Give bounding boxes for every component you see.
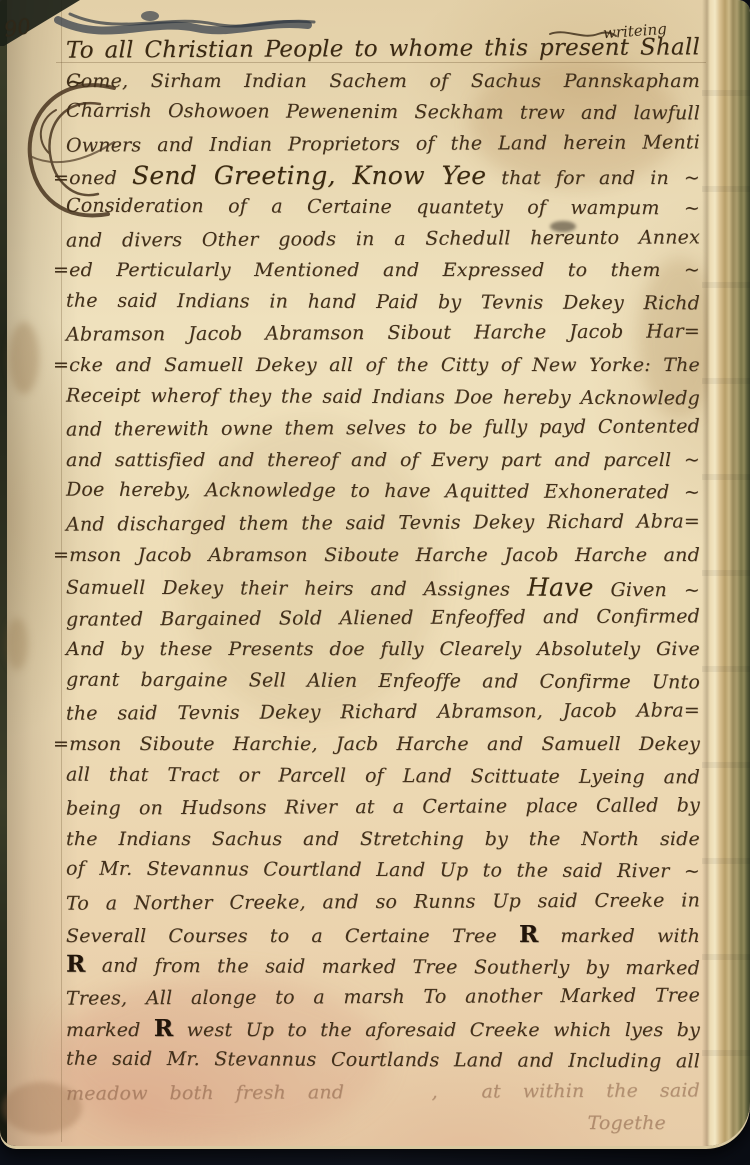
manuscript-line: the Indians Sachus and Stretching by the… [66, 824, 700, 856]
manuscript-line: Come, Sirham Indian Sachem of Sachus Pan… [66, 66, 700, 98]
manuscript-line: To a Norther Creeke, and so Runns Up sai… [66, 885, 700, 920]
ink-smudge [6, 618, 28, 670]
manuscript-line: and sattisfied and thereof and of Every … [66, 445, 700, 477]
manuscript-line: Togethe [66, 1108, 700, 1140]
manuscript-line: Owners and Indian Proprietors of the Lan… [66, 127, 700, 162]
manuscript-line: =mson Jacob Abramson Siboute Harche Jaco… [53, 540, 700, 572]
manuscript-line: =oned Send Greeting, Know Yee that for a… [53, 160, 700, 192]
manuscript-line: Samuell Dekey their heirs and Assignes H… [66, 570, 700, 604]
manuscript-line: the said Tevnis Dekey Richard Abramson, … [66, 696, 700, 731]
ink-smudge [9, 322, 39, 394]
manuscript-line: the said Mr. Stevannus Courtlands Land a… [66, 1044, 700, 1078]
manuscript-line: the said Indians in hand Paid by Tevnis … [66, 285, 700, 319]
manuscript-page: 90 writeing To all Christian People to w… [0, 0, 750, 1146]
manuscript-text: To all Christian People to whome this pr… [66, 34, 700, 1140]
manuscript-line: Consideration of a Certaine quantety of … [66, 191, 700, 225]
manuscript-line: And by these Presents doe fully Clearely… [66, 634, 700, 666]
page-number: 90 [2, 14, 32, 41]
manuscript-line: granted Bargained Sold Aliened Enfeoffed… [66, 601, 700, 636]
manuscript-line: meadow both fresh and , at within the sa… [66, 1075, 700, 1110]
photo-background: 90 writeing To all Christian People to w… [0, 0, 750, 1165]
manuscript-line: being on Hudsons River at a Certaine pla… [66, 791, 700, 826]
manuscript-line: =ed Perticularly Mentioned and Expressed… [53, 255, 700, 287]
manuscript-line: of Mr. Stevannus Courtland Land Up to th… [66, 854, 700, 888]
manuscript-line: Severall Courses to a Certaine Tree R ma… [66, 919, 700, 951]
manuscript-line: Charrish Oshowoen Pewenenim Seckham trew… [66, 96, 700, 130]
page-edges [702, 0, 750, 1146]
manuscript-line: =cke and Samuell Dekey all of the Citty … [53, 350, 700, 382]
manuscript-line: =mson Siboute Harchie, Jacb Harche and S… [53, 729, 700, 761]
manuscript-line: To all Christian People to whome this pr… [66, 32, 700, 67]
manuscript-line: R and from the said marked Tree Southerl… [66, 949, 700, 983]
manuscript-line: marked R west Up to the aforesaid Creeke… [66, 1013, 700, 1045]
manuscript-line: and divers Other goods in a Schedull her… [66, 222, 700, 257]
manuscript-line: Abramson Jacob Abramson Sibout Harche Ja… [66, 317, 700, 352]
manuscript-line: Doe hereby, Acknowledge to have Aquitted… [66, 475, 700, 509]
manuscript-line: grant bargaine Sell Alien Enfeoffe and C… [66, 664, 700, 698]
manuscript-line: all that Tract or Parcell of Land Scittu… [66, 759, 700, 793]
manuscript-line: Receipt wherof they the said Indians Doe… [66, 380, 700, 414]
manuscript-line: and therewith owne them selves to be ful… [66, 411, 700, 446]
manuscript-line: Trees, All alonge to a marsh To another … [66, 980, 700, 1015]
manuscript-line: And discharged them the said Tevnis Deke… [66, 506, 700, 541]
